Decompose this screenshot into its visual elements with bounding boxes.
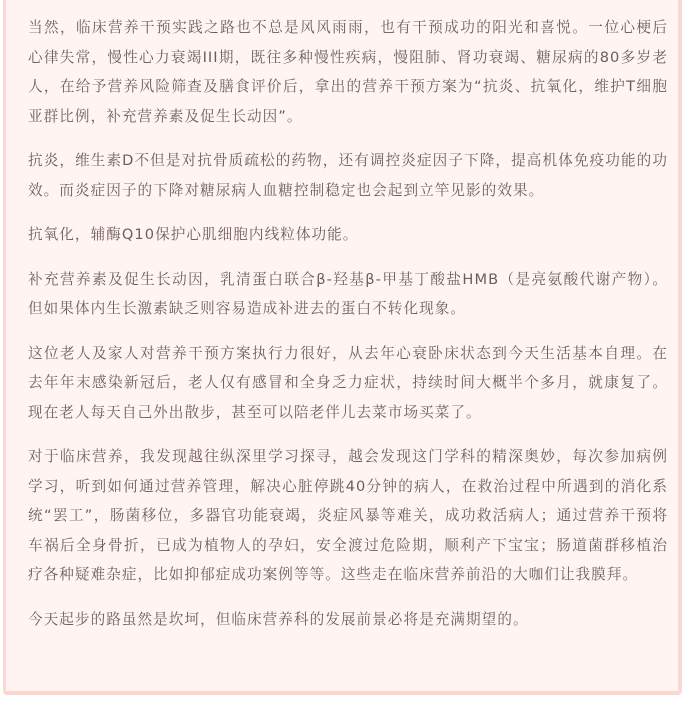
paragraph-success-story: 当然，临床营养干预实践之路也不总是风风雨雨，也有干预成功的阳光和喜悦。一位心梗后… [28, 13, 668, 131]
article-body: 当然，临床营养干预实践之路也不总是风风雨雨，也有干预成功的阳光和喜悦。一位心梗后… [28, 13, 668, 649]
article-card: 当然，临床营养干预实践之路也不总是风风雨雨，也有干预成功的阳光和喜悦。一位心梗后… [3, 0, 682, 695]
paragraph-anti-inflammation: 抗炎，维生素D不但是对抗骨质疏松的药物，还有调控炎症因子下降，提高机体免疫功能的… [28, 146, 668, 205]
paragraph-antioxidation: 抗氧化，辅酶Q10保护心肌细胞内线粒体功能。 [28, 220, 668, 250]
paragraph-patient-recovery: 这位老人及家人对营养干预方案执行力很好，从去年心衰卧床状态到今天生活基本自理。在… [28, 339, 668, 428]
paragraph-nutrient-supplement: 补充营养素及促生长动因，乳清蛋白联合β-羟基β-甲基丁酸盐HMB（是亮氨酸代谢产… [28, 265, 668, 324]
paragraph-conclusion: 今天起步的路虽然是坎坷，但临床营养科的发展前景必将是充满期望的。 [28, 605, 668, 635]
paragraph-clinical-learning: 对于临床营养，我发现越往纵深里学习探寻，越会发现这门学科的精深奥妙，每次参加病例… [28, 442, 668, 590]
